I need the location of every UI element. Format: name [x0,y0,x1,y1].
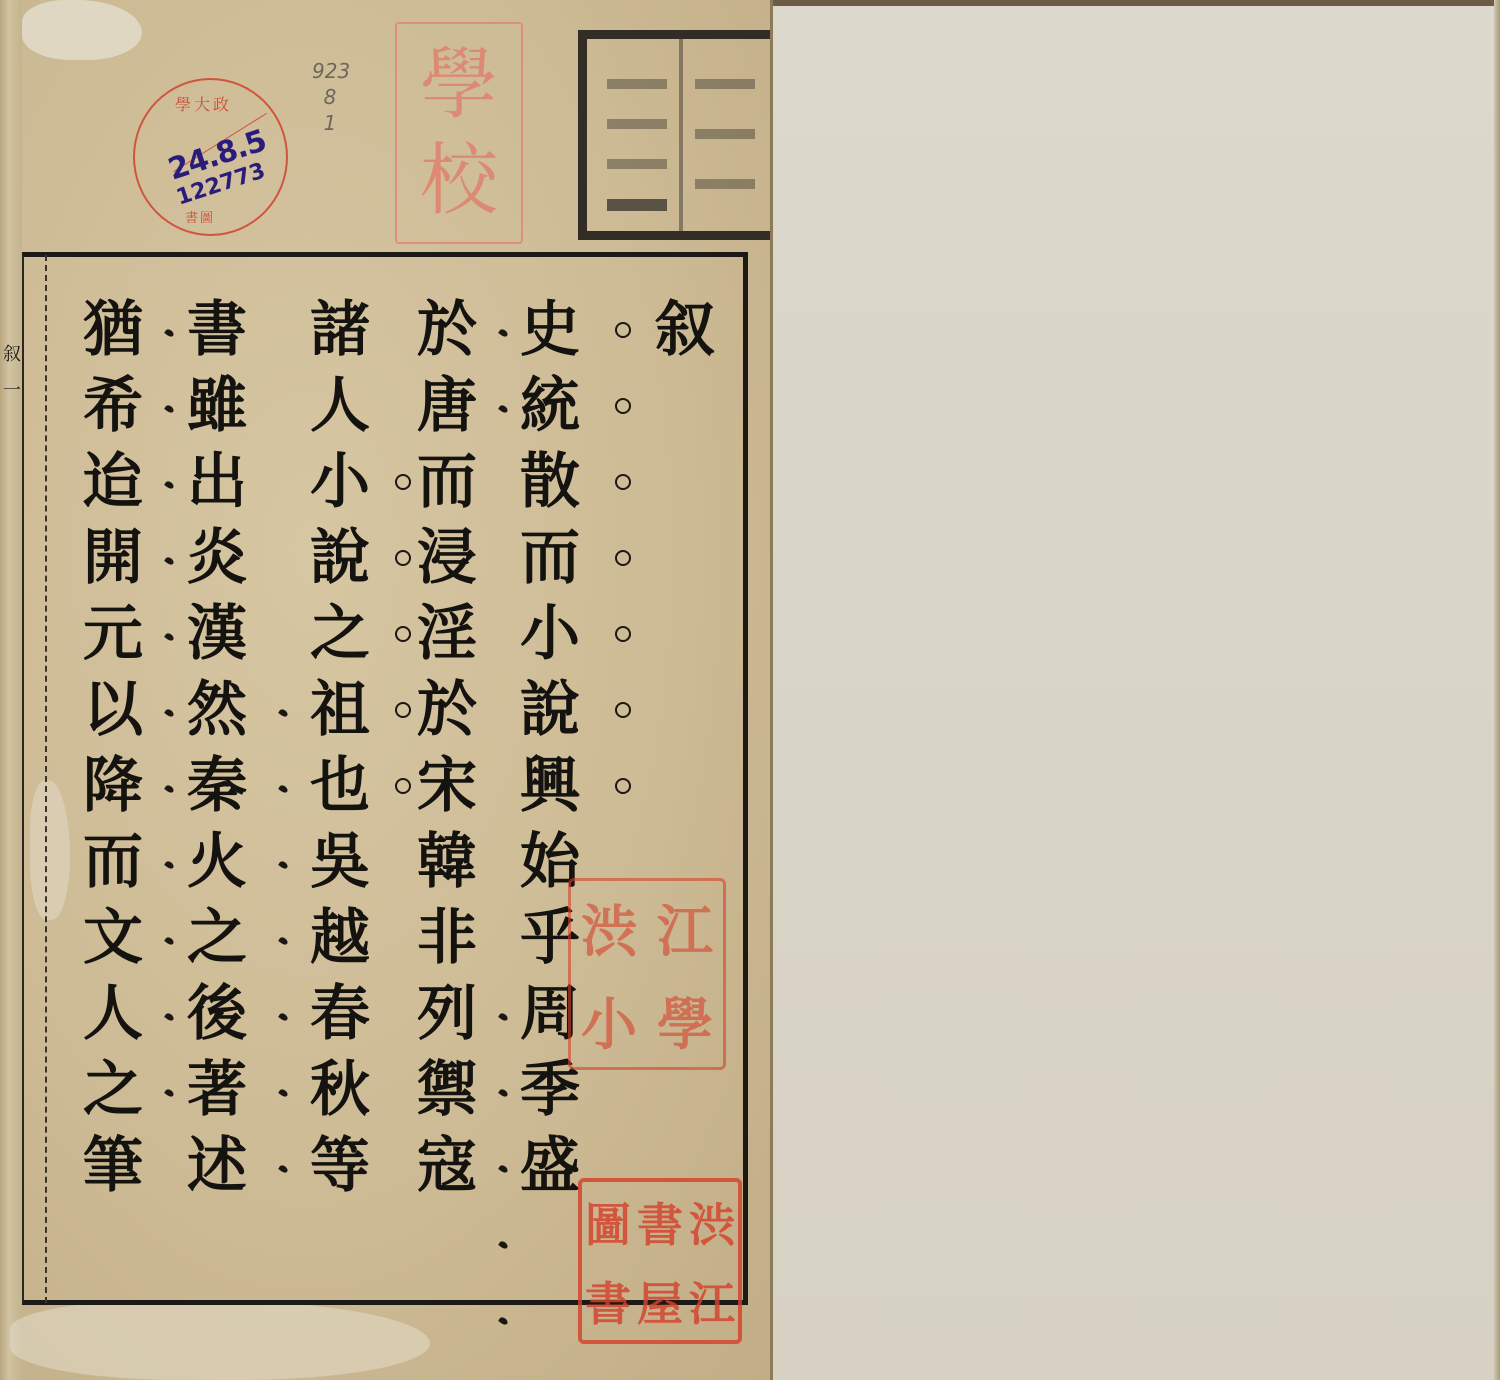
text-char: 浸 [417,520,477,596]
dot-mark [499,1204,508,1280]
text-char: 說 [310,520,370,596]
marginal-char: 叙 [3,340,21,366]
circle-mark [615,520,631,596]
circle-mark [615,292,631,368]
text-char: 火 [187,824,247,900]
text-char: 希 [83,368,143,444]
text-char: 之 [83,1052,143,1128]
dot-mark [499,976,508,1052]
call-number-line: 8 [312,84,348,110]
text-char: 書 [187,292,247,368]
text-char: 說 [520,672,580,748]
text-char: 春 [310,976,370,1052]
text-char: 祖 [310,672,370,748]
text-char: 諸 [310,292,370,368]
text-column-4: 書雖出炎漢然秦火之後著述 [172,292,262,1204]
marginal-char: 一 [3,376,21,402]
dot-mark [499,292,508,368]
dot-mark [499,1052,508,1128]
text-char: 秦 [187,748,247,824]
text-char: 宋 [417,748,477,824]
dot-mark [165,748,174,824]
text-char: 而 [83,824,143,900]
circle-mark [395,520,411,596]
dot-mark [165,672,174,748]
seal-char: 校 [420,133,498,229]
text-char: 散 [520,444,580,520]
red-seal-lower: 圖 書 渋 書 屋 江 [578,1178,742,1344]
dot-mark [279,748,288,824]
circle-mark [615,596,631,672]
text-char: 史 [520,292,580,368]
marks-column-3 [392,292,414,1356]
seal-stroke [607,119,667,129]
text-char: 小 [520,596,580,672]
marginal-title: 叙 一 [2,340,22,402]
seal-stroke [607,159,667,169]
text-char: 之 [187,900,247,976]
marks-column-5 [158,292,180,1280]
text-char: 於 [417,672,477,748]
dot-mark [499,1280,508,1356]
text-char: 韓 [417,824,477,900]
black-block-seal [578,30,770,240]
seal-stroke [607,79,667,89]
dot-mark [165,976,174,1052]
text-column-5: 猶希迨開元以降而文人之筆 [68,292,158,1204]
text-char: 迨 [83,444,143,520]
dot-mark [165,824,174,900]
text-char: 也 [310,748,370,824]
text-char: 漢 [187,596,247,672]
binding-edge [0,0,22,1380]
text-char: 人 [310,368,370,444]
seal-char: 渋 [571,881,647,974]
seal-stroke [607,199,667,211]
seal-stroke [695,79,755,89]
text-char: 出 [187,444,247,520]
dot-mark [165,520,174,596]
circle-mark [615,672,631,748]
dot-mark [165,444,174,520]
text-char: 盛 [520,1128,580,1204]
text-char: 禦 [417,1052,477,1128]
text-char: 而 [417,444,477,520]
text-char: 淫 [417,596,477,672]
dot-mark [279,900,288,976]
frame-inner-rule [45,255,47,1303]
circle-mark [615,368,631,444]
text-char: 元 [83,596,143,672]
call-number-line: 1 [312,110,348,136]
seal-stroke [695,129,755,139]
seal-char: 圖 [582,1182,634,1261]
marks-column-2 [492,292,514,1356]
page-top-edge [773,0,1500,6]
text-char: 寇 [417,1128,477,1204]
dot-mark [499,368,508,444]
text-column-2: 於唐而浸淫於宋韓非列禦寇 [402,292,492,1204]
paper-damage [10,1300,430,1380]
text-char: 文 [83,900,143,976]
dot-mark [165,368,174,444]
dot-mark [279,976,288,1052]
text-char: 以 [83,672,143,748]
text-char: 秋 [310,1052,370,1128]
text-char: 著 [187,1052,247,1128]
text-char: 興 [520,748,580,824]
stamp-ring-text: 學大政 [175,92,232,115]
circle-mark [615,444,631,520]
text-char: 小 [310,444,370,520]
text-char: 炎 [187,520,247,596]
school-seal: 學 校 [395,22,523,244]
text-char: 等 [310,1128,370,1204]
call-number-line: 923 [312,58,348,84]
marks-column-4 [272,292,294,1356]
dot-mark [165,596,174,672]
text-char: 開 [83,520,143,596]
paper-damage [22,0,142,60]
text-column-3: 諸人小說之祖也吳越春秋等 [295,292,385,1204]
seal-char: 渋 [686,1182,738,1261]
circle-mark [395,748,411,824]
red-seal-upper: 渋 江 小 學 [568,878,726,1070]
text-char: 列 [417,976,477,1052]
dot-mark [279,1052,288,1128]
heading-column: 叙 [640,292,730,368]
seal-char: 屋 [634,1261,686,1340]
heading-char: 叙 [655,292,715,368]
dot-mark [279,824,288,900]
text-char: 猶 [83,292,143,368]
text-char: 非 [417,900,477,976]
seal-divider [679,39,683,231]
text-char: 唐 [417,368,477,444]
page-right-edge [1494,0,1500,1380]
seal-char: 學 [647,974,723,1067]
text-char: 之 [310,596,370,672]
dot-mark [165,1052,174,1128]
circle-mark [395,596,411,672]
text-char: 於 [417,292,477,368]
pencil-call-number: 923 8 1 [312,58,348,136]
seal-char: 江 [686,1261,738,1340]
seal-char: 書 [634,1182,686,1261]
seal-stroke [695,179,755,189]
right-page-blank [770,0,1500,1380]
seal-char: 書 [582,1261,634,1340]
circle-mark [615,748,631,824]
dot-mark [165,900,174,976]
text-char: 人 [83,976,143,1052]
seal-char: 江 [647,881,723,974]
dot-mark [279,1128,288,1204]
seal-char: 小 [571,974,647,1067]
text-char: 筆 [83,1128,143,1204]
text-char: 述 [187,1128,247,1204]
heading-marks [612,292,634,824]
dot-mark [499,1128,508,1204]
circle-mark [395,444,411,520]
text-char: 吳 [310,824,370,900]
dot-mark [279,672,288,748]
text-char: 而 [520,520,580,596]
text-char: 然 [187,672,247,748]
text-char: 降 [83,748,143,824]
stamp-bottom-text: 書圖 [185,207,215,226]
text-char: 後 [187,976,247,1052]
circle-mark [395,672,411,748]
text-char: 雖 [187,368,247,444]
seal-char: 學 [420,37,498,133]
text-char: 統 [520,368,580,444]
text-char: 越 [310,900,370,976]
dot-mark [165,292,174,368]
library-accession-stamp: 學大政 24.8.5 122773 書圖 [133,78,288,236]
